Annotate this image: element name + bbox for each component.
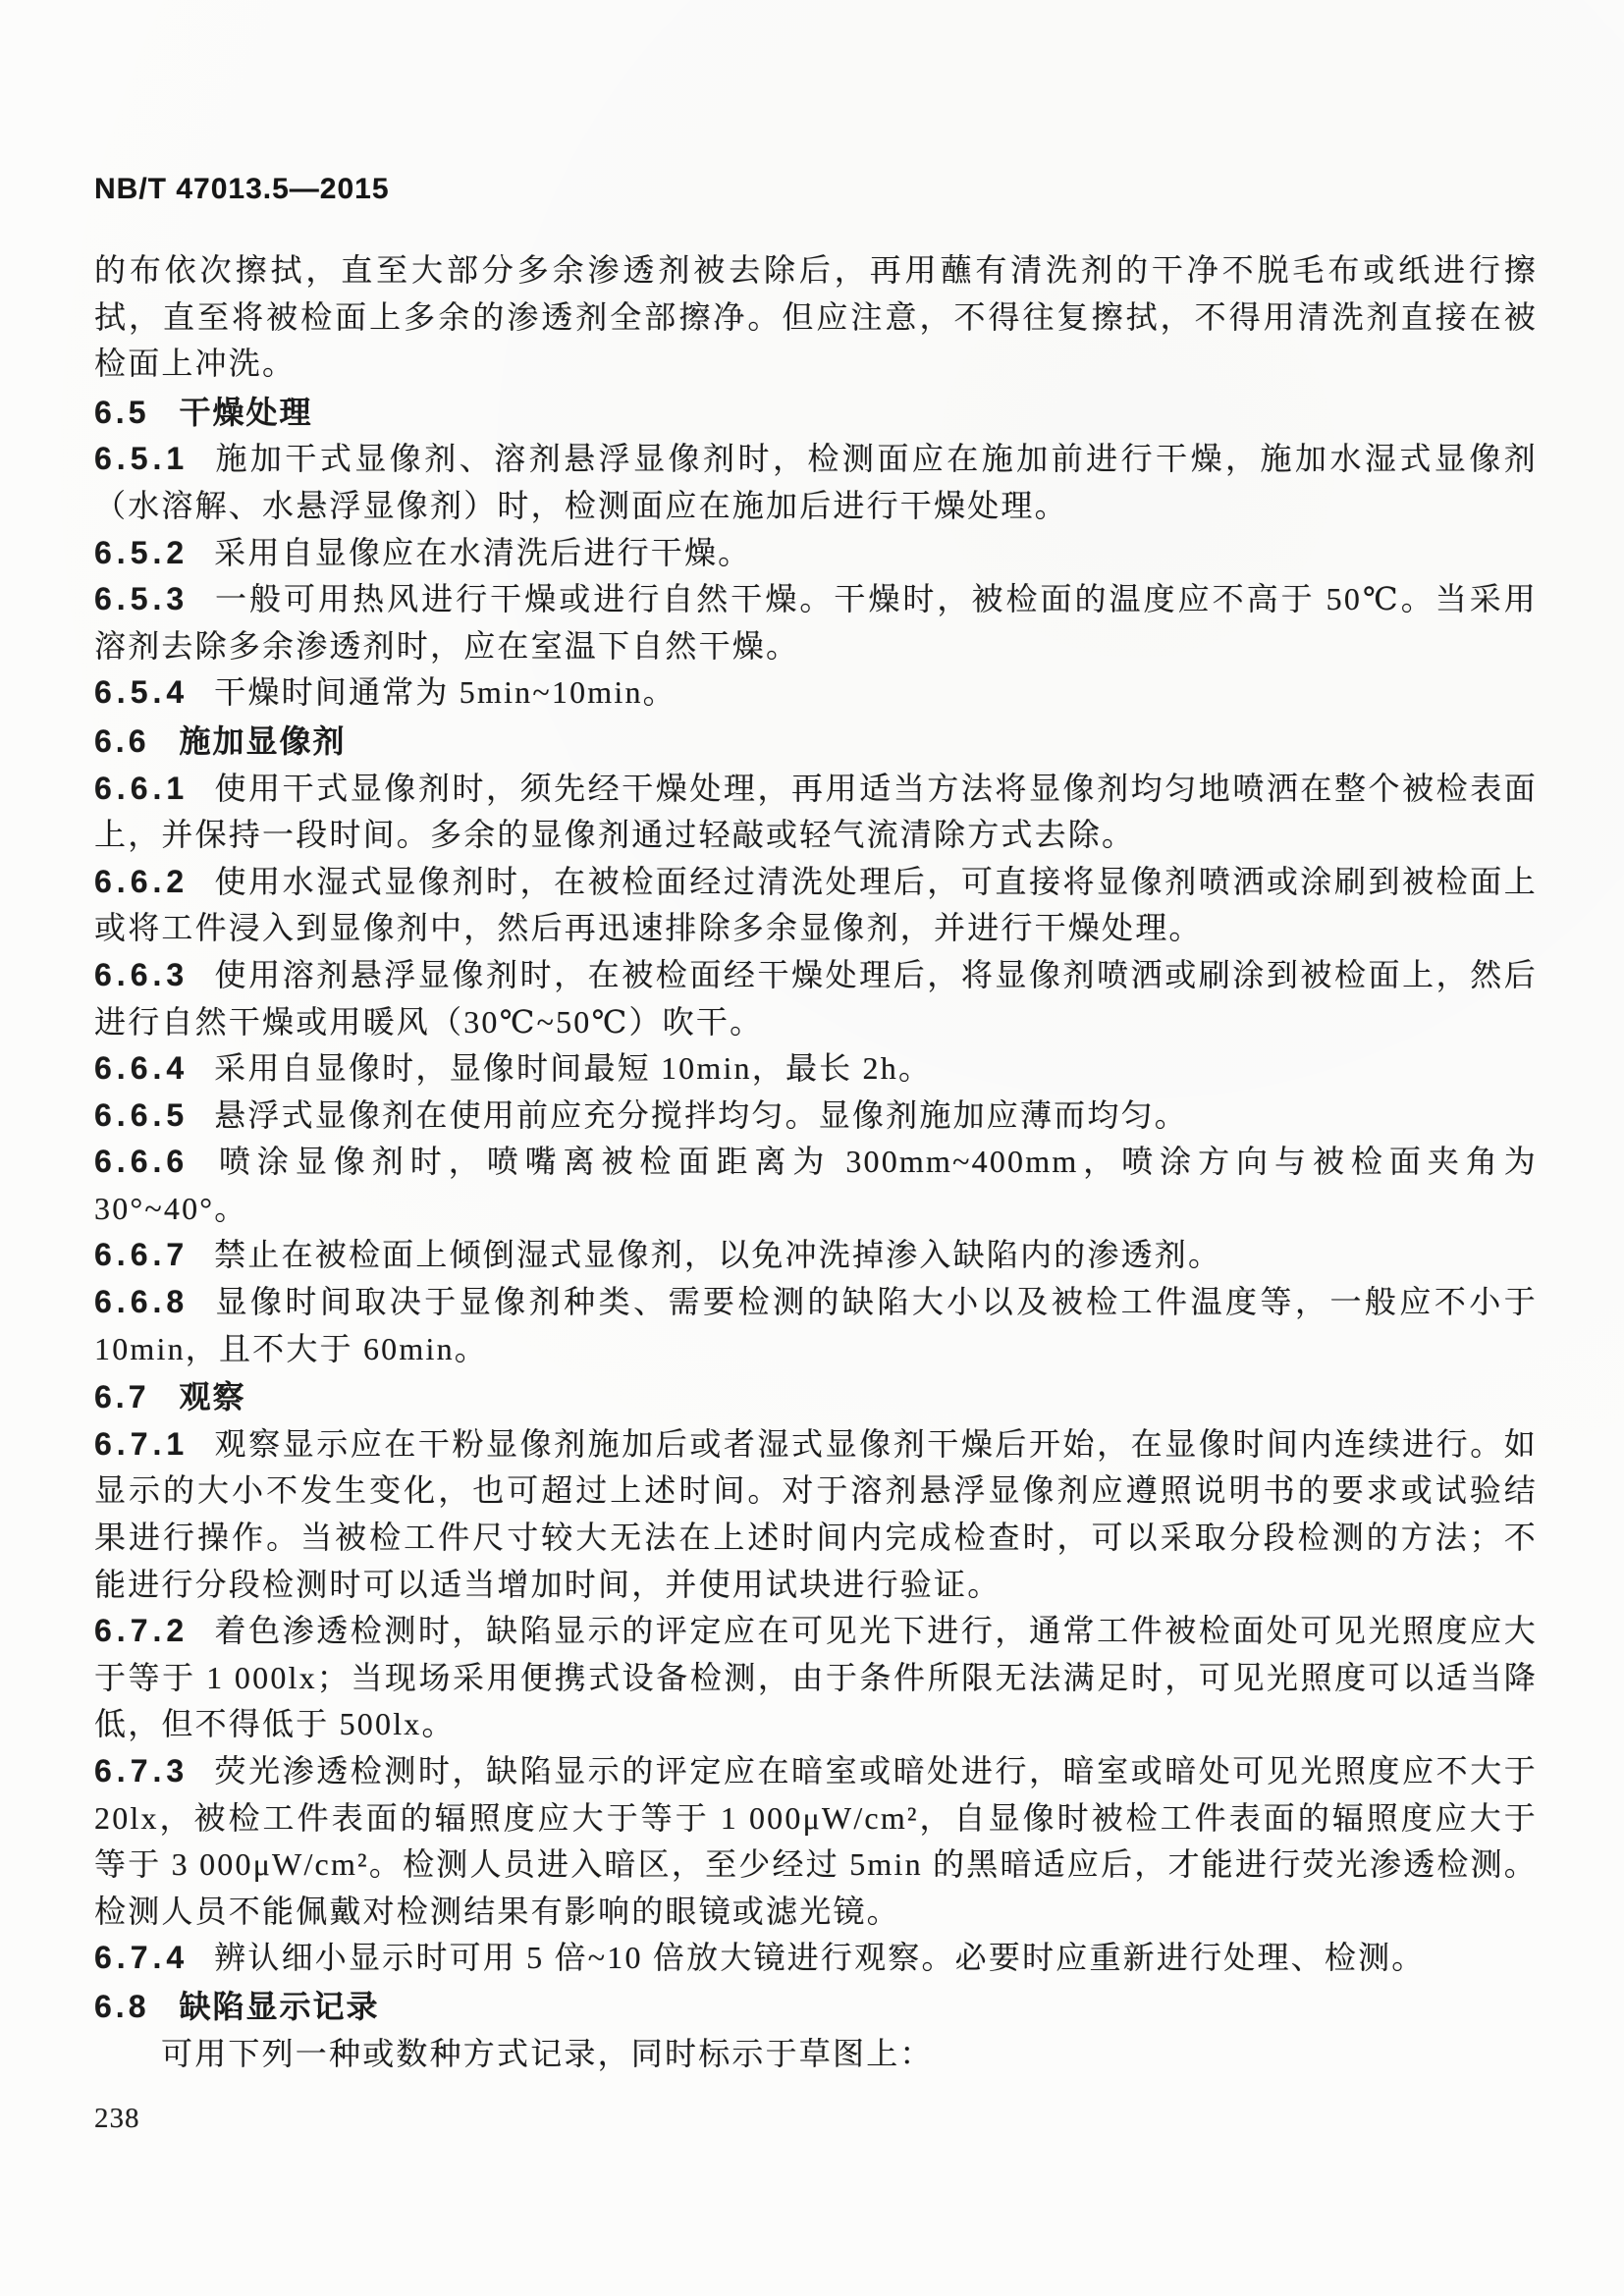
page-number: 238 — [94, 2103, 140, 2135]
clause-text: 使用溶剂悬浮显像剂时，在被检面经干燥处理后，将显像剂喷洒或刷涂到被检面上，然后进… — [94, 957, 1538, 1040]
document-body: 的布依次擦拭，直至大部分多余渗透剂被去除后，再用蘸有清洗剂的干净不脱毛布或纸进行… — [94, 247, 1538, 2077]
section-title: 观察 — [179, 1379, 245, 1415]
clause-paragraph: 6.6.2使用水湿式显像剂时，在被检面经过清洗处理后，可直接将显像剂喷洒或涂刷到… — [94, 859, 1538, 952]
standard-code-header: NB/T 47013.5—2015 — [94, 173, 390, 206]
clause-text: 喷涂显像剂时，喷嘴离被检面距离为 300mm~400mm，喷涂方向与被检面夹角为… — [94, 1144, 1538, 1226]
clause-text: 一般可用热风进行干燥或进行自然干燥。干燥时，被检面的温度应不高于 50℃。当采用… — [94, 581, 1538, 664]
clause-text: 采用自显像时，显像时间最短 10min，最长 2h。 — [214, 1050, 932, 1086]
clause-paragraph: 6.6.4采用自显像时，显像时间最短 10min，最长 2h。 — [94, 1045, 1538, 1093]
clause-number: 6.5.3 — [94, 581, 189, 616]
clause-text: 禁止在被检面上倾倒湿式显像剂，以免冲洗掉渗入缺陷内的渗透剂。 — [214, 1237, 1221, 1272]
clause-text: 悬浮式显像剂在使用前应充分搅拌均匀。显像剂施加应薄而均匀。 — [214, 1097, 1188, 1133]
clause-paragraph: 6.6.6喷涂显像剂时，喷嘴离被检面距离为 300mm~400mm，喷涂方向与被… — [94, 1139, 1538, 1232]
clause-number: 6.7.1 — [94, 1426, 189, 1462]
section-number: 6.6 — [94, 723, 149, 759]
clause-paragraph: 6.7.1观察显示应在干粉显像剂施加后或者湿式显像剂干燥后开始，在显像时间内连续… — [94, 1421, 1538, 1608]
clause-paragraph: 6.6.1使用干式显像剂时，须先经干燥处理，再用适当方法将显像剂均匀地喷洒在整个… — [94, 766, 1538, 859]
clause-paragraph: 6.5.3一般可用热风进行干燥或进行自然干燥。干燥时，被检面的温度应不高于 50… — [94, 576, 1538, 669]
body-paragraph: 可用下列一种或数种方式记录，同时标示于草图上： — [94, 2031, 1538, 2078]
clause-text: 施加干式显像剂、溶剂悬浮显像剂时，检测面应在施加前进行干燥，施加水湿式显像剂（水… — [94, 441, 1538, 523]
clause-number: 6.5.4 — [94, 674, 189, 710]
clause-text: 辨认细小显示时可用 5 倍~10 倍放大镜进行观察。必要时应重新进行处理、检测。 — [214, 1940, 1425, 1975]
clause-number: 6.6.2 — [94, 864, 189, 899]
clause-number: 6.6.5 — [94, 1097, 189, 1133]
clause-text: 干燥时间通常为 5min~10min。 — [214, 674, 677, 710]
clause-paragraph: 6.5.1施加干式显像剂、溶剂悬浮显像剂时，检测面应在施加前进行干燥，施加水湿式… — [94, 436, 1538, 529]
clause-paragraph: 6.7.3荧光渗透检测时，缺陷显示的评定应在暗室或暗处进行，暗室或暗处可见光照度… — [94, 1748, 1538, 1935]
clause-text: 使用水湿式显像剂时，在被检面经过清洗处理后，可直接将显像剂喷洒或涂刷到被检面上或… — [94, 864, 1538, 946]
clause-paragraph: 6.6.3使用溶剂悬浮显像剂时，在被检面经干燥处理后，将显像剂喷洒或刷涂到被检面… — [94, 952, 1538, 1045]
clause-paragraph: 6.6.5悬浮式显像剂在使用前应充分搅拌均匀。显像剂施加应薄而均匀。 — [94, 1093, 1538, 1140]
clause-number: 6.7.4 — [94, 1940, 189, 1975]
clause-number: 6.6.1 — [94, 771, 189, 806]
clause-number: 6.6.3 — [94, 957, 189, 992]
clause-text: 使用干式显像剂时，须先经干燥处理，再用适当方法将显像剂均匀地喷洒在整个被检表面上… — [94, 771, 1538, 853]
body-paragraph: 的布依次擦拭，直至大部分多余渗透剂被去除后，再用蘸有清洗剂的干净不脱毛布或纸进行… — [94, 247, 1538, 388]
clause-text: 采用自显像应在水清洗后进行干燥。 — [214, 535, 751, 570]
clause-paragraph: 6.5.2采用自显像应在水清洗后进行干燥。 — [94, 530, 1538, 577]
clause-number: 6.6.6 — [94, 1144, 189, 1179]
section-number: 6.8 — [94, 1989, 149, 2024]
clause-number: 6.7.2 — [94, 1613, 189, 1648]
clause-text: 荧光渗透检测时，缺陷显示的评定应在暗室或暗处进行，暗室或暗处可见光照度应不大于 … — [94, 1753, 1538, 1929]
clause-number: 6.5.2 — [94, 535, 189, 570]
clause-number: 6.5.1 — [94, 441, 189, 476]
clause-paragraph: 6.7.2着色渗透检测时，缺陷显示的评定应在可见光下进行，通常工件被检面处可见光… — [94, 1608, 1538, 1748]
clause-text: 显像时间取决于显像剂种类、需要检测的缺陷大小以及被检工件温度等，一般应不小于 1… — [94, 1284, 1538, 1366]
clause-paragraph: 6.6.7禁止在被检面上倾倒湿式显像剂，以免冲洗掉渗入缺陷内的渗透剂。 — [94, 1232, 1538, 1279]
clause-number: 6.6.4 — [94, 1050, 189, 1086]
section-number: 6.7 — [94, 1379, 149, 1415]
clause-number: 6.6.7 — [94, 1237, 189, 1272]
clause-text: 着色渗透检测时，缺陷显示的评定应在可见光下进行，通常工件被检面处可见光照度应大于… — [94, 1613, 1538, 1741]
section-heading: 6.6施加显像剂 — [94, 719, 1538, 766]
section-title: 施加显像剂 — [179, 723, 346, 759]
section-title: 缺陷显示记录 — [179, 1989, 379, 2024]
section-title: 干燥处理 — [179, 395, 312, 430]
clause-paragraph: 6.5.4干燥时间通常为 5min~10min。 — [94, 669, 1538, 717]
section-number: 6.5 — [94, 395, 149, 430]
clause-number: 6.6.8 — [94, 1284, 189, 1319]
clause-paragraph: 6.6.8显像时间取决于显像剂种类、需要检测的缺陷大小以及被检工件温度等，一般应… — [94, 1279, 1538, 1372]
section-heading: 6.7观察 — [94, 1374, 1538, 1421]
clause-text: 观察显示应在干粉显像剂施加后或者湿式显像剂干燥后开始，在显像时间内连续进行。如显… — [94, 1426, 1538, 1602]
scanned-document-page: NB/T 47013.5—2015 的布依次擦拭，直至大部分多余渗透剂被去除后，… — [0, 0, 1624, 2296]
section-heading: 6.8缺陷显示记录 — [94, 1984, 1538, 2031]
clause-paragraph: 6.7.4辨认细小显示时可用 5 倍~10 倍放大镜进行观察。必要时应重新进行处… — [94, 1935, 1538, 1982]
clause-number: 6.7.3 — [94, 1753, 189, 1789]
section-heading: 6.5干燥处理 — [94, 390, 1538, 437]
